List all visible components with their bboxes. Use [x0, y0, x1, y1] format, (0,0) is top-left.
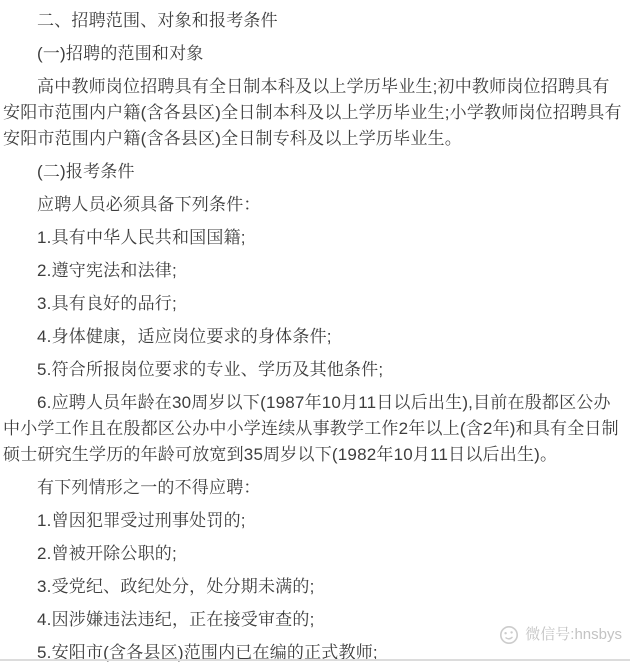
list-item-condition-4: 4.身体健康，适应岗位要求的身体条件; [3, 324, 626, 350]
watermark: 微信号:hnsbys [499, 625, 622, 645]
list-item-condition-5: 5.符合所报岗位要求的专业、学历及其他条件; [3, 357, 626, 383]
list-item-condition-3: 3.具有良好的品行; [3, 291, 626, 317]
paragraph-disqualification-intro: 有下列情形之一的不得应聘： [3, 475, 626, 501]
paragraph-conditions-intro: 应聘人员必须具备下列条件： [3, 192, 626, 218]
list-item-condition-6: 6.应聘人员年龄在30周岁以下(1987年10月11日以后出生),目前在殷都区公… [3, 390, 626, 468]
list-item-disqualification-3: 3.受党纪、政纪处分，处分期未满的; [3, 574, 626, 600]
article-body: 二、招聘范围、对象和报考条件 (一)招聘的范围和对象 高中教师岗位招聘具有全日制… [0, 0, 630, 666]
wechat-avatar-icon [499, 625, 519, 645]
list-item-condition-1: 1.具有中华人民共和国国籍; [3, 225, 626, 251]
watermark-label: 微信号:hnsbys [525, 625, 622, 645]
bottom-divider [0, 659, 630, 661]
section-title: 二、招聘范围、对象和报考条件 [3, 8, 626, 34]
list-item-disqualification-2: 2.曾被开除公职的; [3, 541, 626, 567]
paragraph-recruitment-scope: 高中教师岗位招聘具有全日制本科及以上学历毕业生;初中教师岗位招聘具有安阳市范围内… [3, 74, 626, 152]
list-item-condition-2: 2.遵守宪法和法律; [3, 258, 626, 284]
subsection-heading-application-conditions: (二)报考条件 [3, 159, 626, 185]
subsection-heading-recruitment-scope: (一)招聘的范围和对象 [3, 41, 626, 67]
list-item-disqualification-1: 1.曾因犯罪受过刑事处罚的; [3, 508, 626, 534]
